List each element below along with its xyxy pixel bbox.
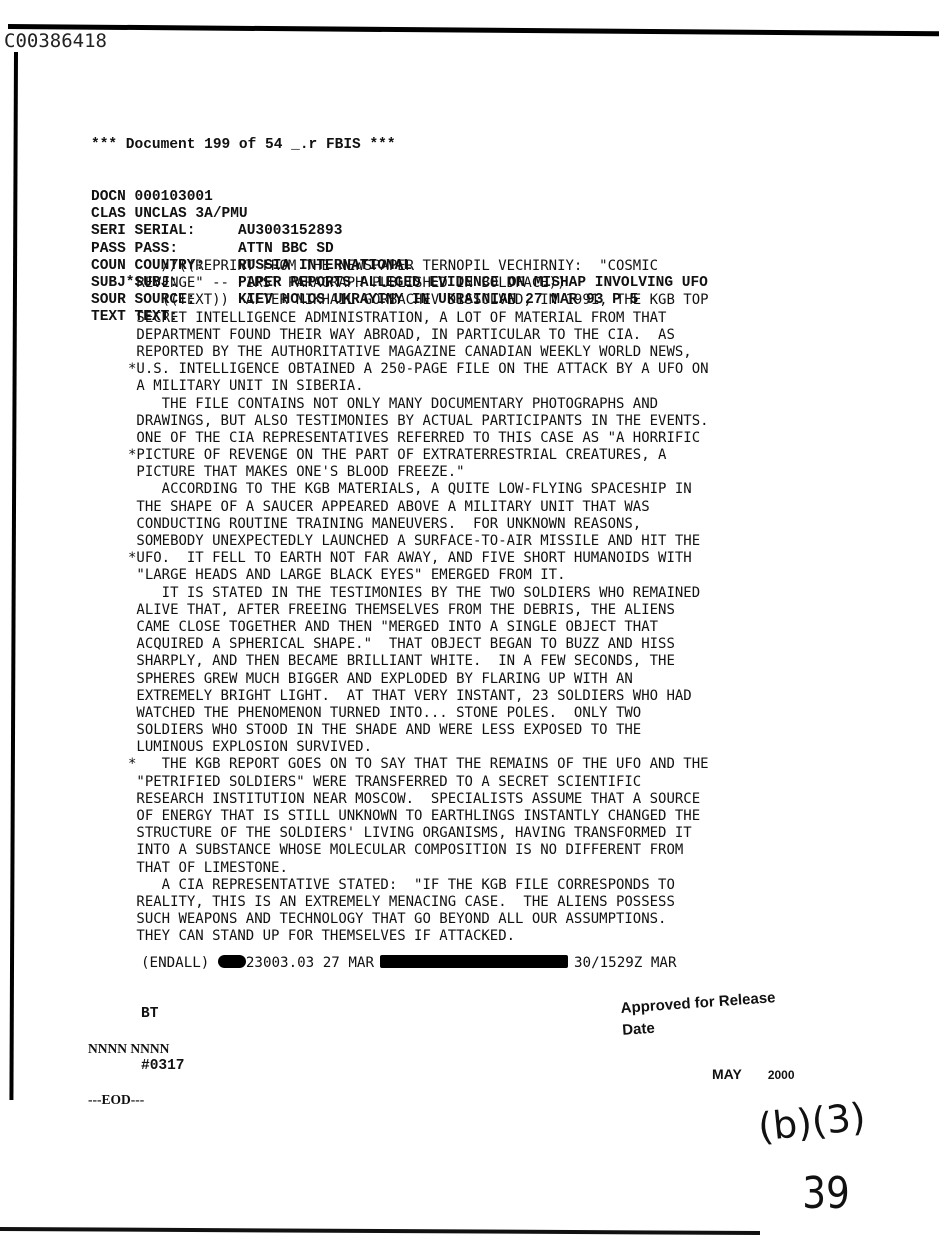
body-line: ACQUIRED A SPHERICAL SHAPE." THAT OBJECT… <box>128 636 837 653</box>
body-line: WATCHED THE PHENOMENON TURNED INTO... ST… <box>128 705 837 722</box>
release-stamp-date: MAY2000 <box>712 1066 795 1082</box>
body-line: ((TEXT)) AFTER MIKHAIL GORBACHEV DISSOLV… <box>128 292 837 309</box>
body-line: RESEARCH INSTITUTION NEAR MOSCOW. SPECIA… <box>128 791 837 808</box>
stamp-year: 2000 <box>768 1068 795 1082</box>
body-line: REVENGE" -- FIRST PARAGRAPH PUBLISHED IN… <box>128 275 837 292</box>
field-key: PASS PASS: <box>91 241 238 258</box>
eod-line: ---EOD--- <box>88 1091 169 1108</box>
nnnn-line: NNNN NNNN <box>88 1040 169 1057</box>
handwritten-page-number: 39 <box>802 1168 850 1219</box>
body-line: "PETRIFIED SOLDIERS" WERE TRANSFERRED TO… <box>128 774 837 791</box>
field-value: ATTN BBC SD <box>238 241 334 257</box>
body-line: ALIVE THAT, AFTER FREEING THEMSELVES FRO… <box>128 602 837 619</box>
end-of-document-block: NNNN NNNN ---EOD--- <box>88 1006 169 1125</box>
body-line: REPORTED BY THE AUTHORITATIVE MAGAZINE C… <box>128 344 837 361</box>
redaction-block <box>380 955 568 968</box>
bottom-border-rule <box>0 1227 760 1235</box>
field-value: 000103001 <box>135 189 213 205</box>
metadata-field: PASS PASS:ATTN BBC SD <box>91 241 708 258</box>
body-line: CAME CLOSE TOGETHER AND THEN "MERGED INT… <box>128 619 837 636</box>
metadata-field: SERI SERIAL:AU3003152893 <box>91 223 708 240</box>
metadata-field: DOCN 000103001 <box>91 189 708 206</box>
body-line: STRUCTURE OF THE SOLDIERS' LIVING ORGANI… <box>128 825 837 842</box>
stamp-month: MAY <box>712 1066 742 1082</box>
body-line: IT IS STATED IN THE TESTIMONIES BY THE T… <box>128 585 837 602</box>
body-line: SPHERES GREW MUCH BIGGER AND EXPLODED BY… <box>128 671 837 688</box>
field-value: AU3003152893 <box>238 223 342 239</box>
body-line: A CIA REPRESENTATIVE STATED: "IF THE KGB… <box>128 877 837 894</box>
body-line: SOLDIERS WHO STOOD IN THE SHADE AND WERE… <box>128 722 837 739</box>
body-line: DRAWINGS, BUT ALSO TESTIMONIES BY ACTUAL… <box>128 413 837 430</box>
body-line: INTO A SUBSTANCE WHOSE MOLECULAR COMPOSI… <box>128 842 837 859</box>
body-line: PICTURE THAT MAKES ONE'S BLOOD FREEZE." <box>128 464 837 481</box>
body-line: SOMEBODY UNEXPECTEDLY LAUNCHED A SURFACE… <box>128 533 837 550</box>
body-line: REALITY, THIS IS AN EXTREMELY MENACING C… <box>128 894 837 911</box>
endall-middle: 23003.03 27 MAR <box>246 955 374 971</box>
body-line: SUCH WEAPONS AND TECHNOLOGY THAT GO BEYO… <box>128 911 837 928</box>
body-line: //((REPRINT FROM THE NEWSPAPER TERNOPIL … <box>128 258 837 275</box>
document-body-text: //((REPRINT FROM THE NEWSPAPER TERNOPIL … <box>128 258 837 946</box>
body-line: SECRET INTELLIGENCE ADMINISTRATION, A LO… <box>128 310 837 327</box>
field-key: DOCN <box>91 189 126 205</box>
body-line: A MILITARY UNIT IN SIBERIA. <box>128 378 837 395</box>
header-line: *** Document 199 of 54 _.r FBIS *** <box>91 137 708 154</box>
field-value: UNCLAS 3A/PMU <box>135 206 248 222</box>
body-line: EXTREMELY BRIGHT LIGHT. AT THAT VERY INS… <box>128 688 837 705</box>
body-line: OF ENERGY THAT IS STILL UNKNOWN TO EARTH… <box>128 808 837 825</box>
body-line: *U.S. INTELLIGENCE OBTAINED A 250-PAGE F… <box>128 361 837 378</box>
release-stamp: Approved for Release Date <box>620 987 778 1042</box>
field-key: SERI SERIAL: <box>91 223 238 240</box>
top-border-rule <box>8 24 939 36</box>
handwritten-exemption-code: (b)(3) <box>756 1094 868 1149</box>
body-line: *UFO. IT FELL TO EARTH NOT FAR AWAY, AND… <box>128 550 837 567</box>
body-line: THE SHAPE OF A SAUCER APPEARED ABOVE A M… <box>128 499 837 516</box>
body-line: SHARPLY, AND THEN BECAME BRILLIANT WHITE… <box>128 653 837 670</box>
body-line: DEPARTMENT FOUND THEIR WAY ABROAD, IN PA… <box>128 327 837 344</box>
body-line: * THE KGB REPORT GOES ON TO SAY THAT THE… <box>128 756 837 773</box>
body-line: THEY CAN STAND UP FOR THEMSELVES IF ATTA… <box>128 928 837 945</box>
body-line: ACCORDING TO THE KGB MATERIALS, A QUITE … <box>128 481 837 498</box>
left-border-rule <box>9 52 18 1100</box>
body-line: CONDUCTING ROUTINE TRAINING MANEUVERS. F… <box>128 516 837 533</box>
endall-suffix: 30/1529Z MAR <box>574 955 677 971</box>
document-control-number: C00386418 <box>4 30 107 52</box>
endall-line: (ENDALL) 23003.03 27 MAR30/1529Z MAR <box>141 955 677 972</box>
body-line: THAT OF LIMESTONE. <box>128 860 837 877</box>
body-line: THE FILE CONTAINS NOT ONLY MANY DOCUMENT… <box>128 396 837 413</box>
redaction-block <box>218 955 246 968</box>
field-key: CLAS <box>91 206 126 222</box>
body-line: ONE OF THE CIA REPRESENTATIVES REFERRED … <box>128 430 837 447</box>
body-line: LUMINOUS EXPLOSION SURVIVED. <box>128 739 837 756</box>
metadata-field: CLAS UNCLAS 3A/PMU <box>91 206 708 223</box>
body-line: *PICTURE OF REVENGE ON THE PART OF EXTRA… <box>128 447 837 464</box>
body-line: "LARGE HEADS AND LARGE BLACK EYES" EMERG… <box>128 567 837 584</box>
endall-prefix: (ENDALL) <box>141 955 218 971</box>
